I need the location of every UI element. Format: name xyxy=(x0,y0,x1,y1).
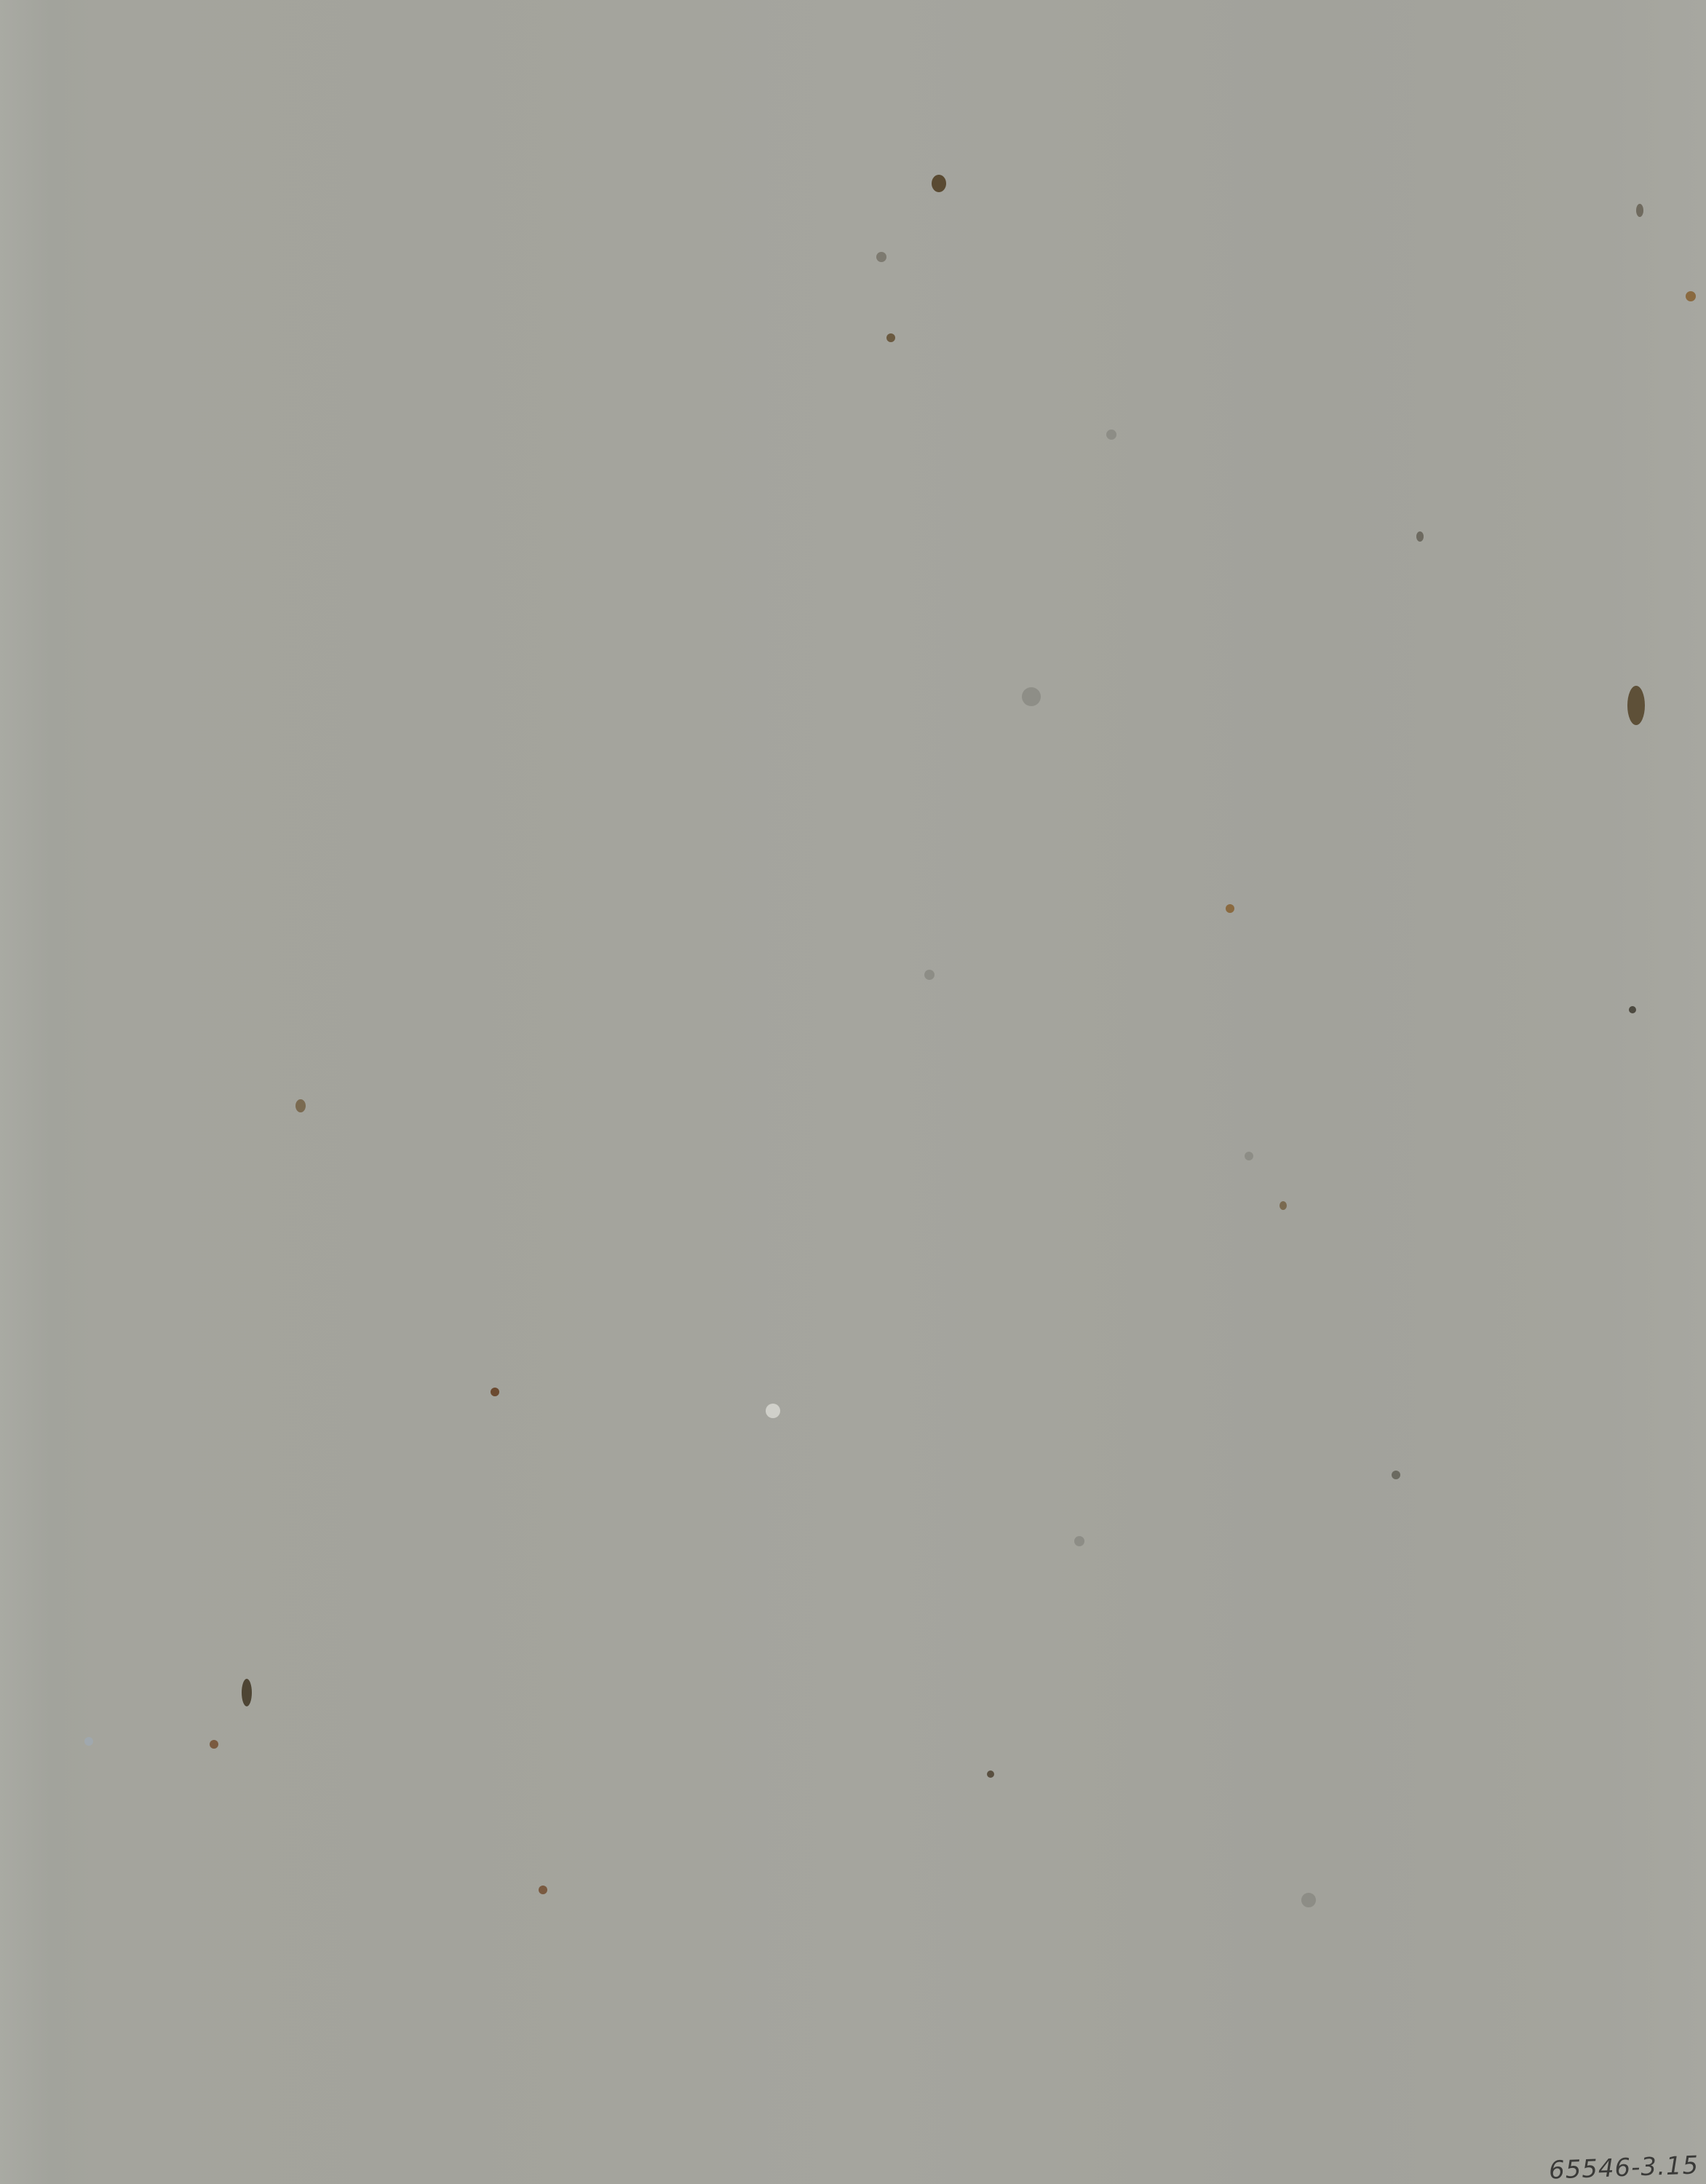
paper-fleck xyxy=(1074,1536,1084,1546)
paper-fleck xyxy=(766,1404,780,1418)
paper-fleck xyxy=(84,1737,93,1746)
paper-fleck xyxy=(210,1740,218,1749)
paper-fleck xyxy=(539,1886,547,1894)
paper-fleck xyxy=(932,175,946,192)
paper-fleck xyxy=(1245,1152,1253,1160)
paper-fleck xyxy=(242,1679,252,1706)
paper-fleck xyxy=(1392,1471,1400,1479)
paper-fleck xyxy=(987,1770,994,1778)
paper-fleck xyxy=(876,252,886,262)
paper-fleck xyxy=(1301,1893,1316,1907)
paper-fleck xyxy=(491,1388,499,1396)
paper-fleck xyxy=(886,333,895,342)
paper-fleck xyxy=(1636,204,1643,217)
paper-fleck xyxy=(924,970,935,980)
paper-fleck xyxy=(1279,1201,1287,1210)
paper-fleck xyxy=(1226,904,1234,913)
paper-sheet xyxy=(0,0,1706,2184)
paper-fleck xyxy=(1629,1006,1636,1013)
catalog-number-inscription: 65546-3.15 xyxy=(1548,2151,1699,2184)
paper-fleck xyxy=(1686,291,1696,301)
paper-fleck xyxy=(1022,687,1041,706)
paper-fleck xyxy=(1106,430,1116,440)
paper-fleck xyxy=(1416,531,1424,542)
paper-fleck xyxy=(1627,686,1645,725)
paper-fleck xyxy=(295,1099,306,1112)
